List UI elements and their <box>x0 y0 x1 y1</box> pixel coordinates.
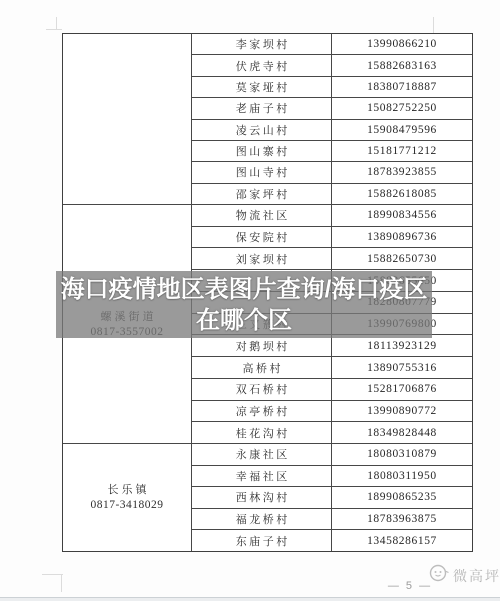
village-phone: 18990834556 <box>332 205 472 226</box>
overlay-title-line1: 海口疫情地区表图片查询/海口疫区 <box>61 274 428 305</box>
village-name: 双石桥村 <box>192 379 332 400</box>
table-row: 永康社区 18080310879 <box>192 444 472 466</box>
table-row: 李家坝村 13990866210 <box>192 34 472 55</box>
village-phone: 18080311950 <box>332 466 472 487</box>
village-phone: 18380718887 <box>332 77 472 97</box>
village-phone: 15281706876 <box>332 379 472 400</box>
village-name: 东庙子村 <box>192 530 332 551</box>
village-name: 永康社区 <box>192 444 332 465</box>
village-phone: 13990866210 <box>332 34 472 54</box>
village-phone: 18349828448 <box>332 422 472 443</box>
village-phone: 13458286157 <box>332 530 472 551</box>
crop-mark-top-left <box>46 29 62 30</box>
village-name: 幸福社区 <box>192 466 332 487</box>
village-phone: 15882683163 <box>332 55 472 75</box>
village-phone: 15882650730 <box>332 248 472 269</box>
village-name: 老庙子村 <box>192 98 332 118</box>
crop-mark-bottom-left-v <box>61 574 62 592</box>
village-name: 物流社区 <box>192 205 332 226</box>
table-section-1: 李家坝村 13990866210 伏虎寺村 15882683163 莫家垭村 1… <box>63 34 472 205</box>
village-name: 凌云山村 <box>192 120 332 140</box>
village-name: 邵家坪村 <box>192 184 332 204</box>
table-row: 保安院村 13890896736 <box>192 227 472 249</box>
village-name: 保安院村 <box>192 227 332 248</box>
table-row: 福龙桥村 18783963875 <box>192 509 472 531</box>
village-phone: 18783963875 <box>332 509 472 530</box>
village-phone: 13890755316 <box>332 357 472 378</box>
bottom-edge <box>0 597 500 601</box>
village-name: 凉亭桥村 <box>192 401 332 422</box>
title-overlay-banner: 海口疫情地区表图片查询/海口疫区 在哪个区 <box>56 271 432 338</box>
village-name: 西林沟村 <box>192 487 332 508</box>
village-phone: 15082752250 <box>332 98 472 118</box>
village-name: 桂花沟村 <box>192 422 332 443</box>
smiley-face-icon <box>428 562 450 589</box>
table-row: 幸福社区 18080311950 <box>192 466 472 488</box>
village-phone: 18990865235 <box>332 487 472 508</box>
table-row: 对鹅坝村 18113923129 <box>192 335 472 357</box>
section-rows: 李家坝村 13990866210 伏虎寺村 15882683163 莫家垭村 1… <box>192 34 472 204</box>
village-phone: 18783923855 <box>332 162 472 182</box>
village-phone: 15181771212 <box>332 141 472 161</box>
table-row: 邵家坪村 15882618085 <box>192 184 472 204</box>
village-phone: 13990890772 <box>332 401 472 422</box>
table-row: 刘家坝村 15882650730 <box>192 248 472 270</box>
table-row: 高桥村 13890755316 <box>192 357 472 379</box>
village-name: 高桥村 <box>192 357 332 378</box>
village-name: 刘家坝村 <box>192 248 332 269</box>
table-row: 桂花沟村 18349828448 <box>192 422 472 443</box>
office-cell-3: 长乐镇 0817-3418029 <box>63 444 192 551</box>
table-row: 西林沟村 18990865235 <box>192 487 472 509</box>
village-phone: 15908479596 <box>332 120 472 140</box>
table-row: 老庙子村 15082752250 <box>192 98 472 119</box>
crop-mark-top-right <box>433 17 434 33</box>
village-phone: 15882618085 <box>332 184 472 204</box>
village-phone: 18080310879 <box>332 444 472 465</box>
watermark-text: 微高坪 <box>453 566 500 586</box>
table-row: 双石桥村 15281706876 <box>192 379 472 401</box>
table-row: 伏虎寺村 15882683163 <box>192 55 472 76</box>
office-name: 长乐镇 <box>105 483 150 498</box>
village-phone: 18113923129 <box>332 335 472 356</box>
table-row: 图山寨村 15181771212 <box>192 141 472 162</box>
crop-mark-top-left-v <box>56 17 57 30</box>
office-phone: 0817-3418029 <box>90 498 163 512</box>
table-row: 凌云山村 15908479596 <box>192 120 472 141</box>
table-section-3: 长乐镇 0817-3418029 永康社区 18080310879 幸福社区 1… <box>63 444 472 551</box>
table-row: 莫家垭村 18380718887 <box>192 77 472 98</box>
village-name: 图山寨村 <box>192 141 332 161</box>
crop-mark-bottom-left <box>42 574 63 575</box>
table-row: 物流社区 18990834556 <box>192 205 472 227</box>
overlay-title-line2: 在哪个区 <box>196 305 292 336</box>
document-page: 李家坝村 13990866210 伏虎寺村 15882683163 莫家垭村 1… <box>0 0 500 601</box>
village-name: 莫家垭村 <box>192 77 332 97</box>
village-name: 李家坝村 <box>192 34 332 54</box>
village-name: 对鹅坝村 <box>192 335 332 356</box>
office-cell-1 <box>63 34 192 204</box>
village-name: 福龙桥村 <box>192 509 332 530</box>
village-phone: 13890896736 <box>332 227 472 248</box>
table-row: 东庙子村 13458286157 <box>192 530 472 551</box>
village-name: 图山寺村 <box>192 162 332 182</box>
village-name: 伏虎寺村 <box>192 55 332 75</box>
table-row: 凉亭桥村 13990890772 <box>192 401 472 423</box>
table-row: 图山寺村 18783923855 <box>192 162 472 183</box>
section-rows: 永康社区 18080310879 幸福社区 18080311950 西林沟村 1… <box>192 444 472 551</box>
watermark: 微高坪 <box>428 562 500 589</box>
